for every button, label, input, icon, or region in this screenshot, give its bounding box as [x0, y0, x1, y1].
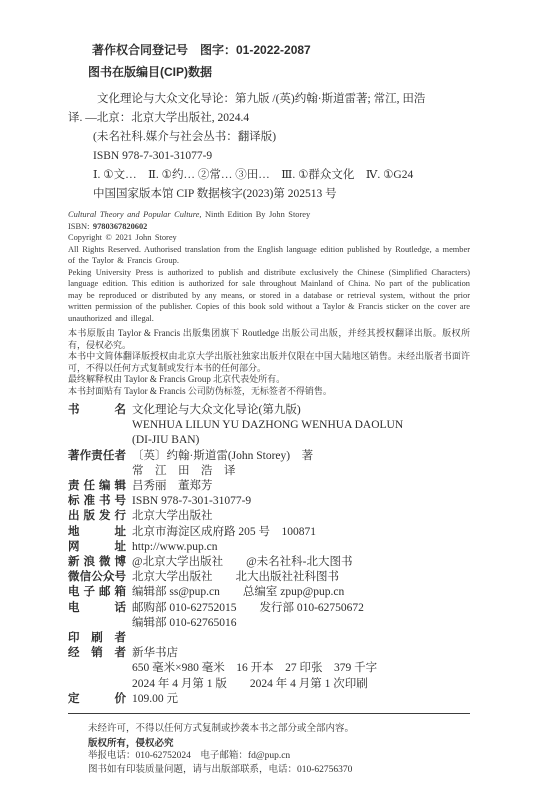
info-label: 地址	[68, 525, 126, 540]
info-value: @北京大学出版社 @未名社科-北大图书	[132, 555, 470, 570]
cip-series-note: (未名社科.媒介与社会丛书：翻译版)	[93, 128, 470, 147]
info-value: 新华书店 650 毫米×980 毫米 16 开本 27 印张 379 千字 20…	[132, 646, 470, 692]
info-label: 微信公众号	[68, 570, 126, 585]
no-copy-notice: 未经许可，不得以任何方式复制或抄袭本书之部分或全部内容。	[88, 723, 470, 737]
report-contact-line: 举报电话：010-62752024 电子邮箱：fd@pup.cn	[88, 750, 470, 764]
cn-rights-line-1: 本书原版由 Taylor & Francis 出版集团旗下 Routledge …	[68, 328, 470, 351]
footer-notices-section: 未经许可，不得以任何方式复制或抄袭本书之部分或全部内容。 版权所有，侵权必究 举…	[68, 723, 470, 777]
distributor-name: 新华书店	[132, 646, 470, 661]
english-copyright-section: Cultural Theory and Popular Culture, Nin…	[68, 209, 470, 324]
original-title-line: Cultural Theory and Popular Culture, Nin…	[68, 209, 470, 221]
registration-number-line: 著作权合同登记号 图字：01-2022-2087	[92, 40, 470, 60]
info-value: http://www.pup.cn	[132, 540, 470, 555]
info-row-website: 网址 http://www.pup.cn	[68, 540, 470, 555]
info-label: 标准书号	[68, 494, 126, 509]
info-row-book-title: 书名 文化理论与大众文化导论(第九版) WENHUA LILUN YU DAZH…	[68, 403, 470, 449]
price-value: 109.00 元	[132, 692, 470, 707]
info-row-email: 电子邮箱 编辑部 ss@pup.cn 总编室 zpup@pup.cn	[68, 585, 470, 600]
info-label: 定价	[68, 692, 126, 707]
info-label: 著作责任者	[68, 449, 126, 479]
book-copyright-page: 著作权合同登记号 图字：01-2022-2087 图书在版编目(CIP)数据 文…	[0, 0, 539, 800]
rights-reserved-paragraph: All Rights Reserved. Authorised translat…	[68, 244, 470, 267]
info-label: 书名	[68, 403, 126, 449]
email-addresses: 编辑部 ss@pup.cn 总编室 zpup@pup.cn	[132, 585, 470, 600]
edition-printing-line: 2024 年 4 月第 1 版 2024 年 4 月第 1 次印刷	[132, 677, 470, 692]
publication-info-section: 书名 文化理论与大众文化导论(第九版) WENHUA LILUN YU DAZH…	[68, 403, 470, 707]
printer-name	[132, 631, 470, 646]
publisher-address: 北京市海淀区成府路 205 号 100871	[132, 525, 470, 540]
info-value: 北京大学出版社 北大出版社社科图书	[132, 570, 470, 585]
book-title-pinyin: WENHUA LILUN YU DAZHONG WENHUA DAOLUN	[132, 418, 470, 433]
info-value: ISBN 978-7-301-31077-9	[132, 494, 470, 509]
cip-entry-line-1: 文化理论与大众文化导论：第九版 /(英)约翰·斯道雷著; 常江, 田浩	[97, 90, 470, 109]
info-label: 网址	[68, 540, 126, 555]
author-line: 〔英〕约翰·斯道雷(John Storey) 著	[132, 449, 470, 464]
info-value: 北京市海淀区成府路 205 号 100871	[132, 525, 470, 540]
info-row-author: 著作责任者 〔英〕约翰·斯道雷(John Storey) 著 常 江 田 浩 译	[68, 449, 470, 479]
translators-line: 常 江 田 浩 译	[132, 464, 470, 479]
format-spec-line: 650 毫米×980 毫米 16 开本 27 印张 379 千字	[132, 661, 470, 676]
original-title-suffix: , Ninth Edition By John Storey	[199, 210, 310, 219]
chinese-rights-section: 本书原版由 Taylor & Francis 出版集团旗下 Routledge …	[68, 328, 470, 397]
authorization-paragraph: Peking University Press is authorized to…	[68, 267, 470, 325]
info-label: 新浪微博	[68, 555, 126, 570]
original-isbn-line: ISBN: 9780367820602	[68, 221, 470, 233]
info-value: 吕秀丽 董郑芳	[132, 479, 470, 494]
info-row-wechat: 微信公众号 北京大学出版社 北大出版社社科图书	[68, 570, 470, 585]
phone-line-2: 编辑部 010-62765016	[132, 616, 470, 631]
info-row-address: 地址 北京市海淀区成府路 205 号 100871	[68, 525, 470, 540]
info-value: 邮购部 010-62752015 发行部 010-62750672 编辑部 01…	[132, 601, 470, 631]
divider-line	[68, 713, 470, 714]
info-row-price: 定价 109.00 元	[68, 692, 470, 707]
book-title-pinyin-2: (DI-JIU BAN)	[132, 433, 470, 448]
editor-names: 吕秀丽 董郑芳	[132, 479, 470, 494]
weibo-accounts: @北京大学出版社 @未名社科-北大图书	[132, 555, 470, 570]
quality-contact-line: 图书如有印装质量问题，请与出版部联系，电话：010-62756370	[88, 764, 470, 778]
info-row-printer: 印刷者	[68, 631, 470, 646]
info-row-isbn: 标准书号 ISBN 978-7-301-31077-9	[68, 494, 470, 509]
phone-line-1: 邮购部 010-62752015 发行部 010-62750672	[132, 601, 470, 616]
info-value: 北京大学出版社	[132, 509, 470, 524]
info-label: 责任编辑	[68, 479, 126, 494]
all-rights-reserved-notice: 版权所有，侵权必究	[88, 737, 470, 751]
cip-entry-line-2: 译. —北京：北京大学出版社, 2024.4	[68, 109, 470, 128]
info-row-distributor: 经销者 新华书店 650 毫米×980 毫米 16 开本 27 印张 379 千…	[68, 646, 470, 692]
info-row-publisher: 出版发行 北京大学出版社	[68, 509, 470, 524]
cip-classification-line: Ⅰ. ①文… Ⅱ. ①约… ②常… ③田… Ⅲ. ①群众文化 Ⅳ. ①G24	[93, 166, 470, 185]
info-label: 出版发行	[68, 509, 126, 524]
publisher-url: http://www.pup.cn	[132, 540, 470, 555]
info-value: 〔英〕约翰·斯道雷(John Storey) 著 常 江 田 浩 译	[132, 449, 470, 479]
info-label: 电话	[68, 601, 126, 631]
isbn-value: ISBN 978-7-301-31077-9	[132, 494, 470, 509]
original-isbn-label: ISBN:	[68, 222, 93, 231]
cn-rights-line-3: 最终解释权由 Taylor & Francis Group 北京代表处所有。	[68, 374, 470, 386]
cn-rights-line-4: 本书封面贴有 Taylor & Francis 公司防伪标签，无标签者不得销售。	[68, 386, 470, 398]
info-row-editor: 责任编辑 吕秀丽 董郑芳	[68, 479, 470, 494]
info-label: 印刷者	[68, 631, 126, 646]
copyright-year-line: Copyright © 2021 John Storey	[68, 232, 470, 244]
info-label: 电子邮箱	[68, 585, 126, 600]
cip-section: 著作权合同登记号 图字：01-2022-2087 图书在版编目(CIP)数据 文…	[68, 40, 470, 204]
info-value	[132, 631, 470, 646]
info-value: 109.00 元	[132, 692, 470, 707]
cip-isbn-line: ISBN 978-7-301-31077-9	[93, 147, 470, 166]
info-value: 文化理论与大众文化导论(第九版) WENHUA LILUN YU DAZHONG…	[132, 403, 470, 449]
publisher-name: 北京大学出版社	[132, 509, 470, 524]
original-isbn-value: 9780367820602	[93, 222, 147, 231]
original-title: Cultural Theory and Popular Culture	[68, 210, 199, 219]
info-row-phone: 电话 邮购部 010-62752015 发行部 010-62750672 编辑部…	[68, 601, 470, 631]
cn-rights-line-2: 本书中文简体翻译版授权由北京大学出版社独家出版并仅限在中国大陆地区销售。未经出版…	[68, 351, 470, 374]
info-value: 编辑部 ss@pup.cn 总编室 zpup@pup.cn	[132, 585, 470, 600]
info-row-weibo: 新浪微博 @北京大学出版社 @未名社科-北大图书	[68, 555, 470, 570]
cip-record-number-line: 中国国家版本馆 CIP 数据核字(2023)第 202513 号	[93, 185, 470, 204]
book-title-cn: 文化理论与大众文化导论(第九版)	[132, 403, 470, 418]
info-label: 经销者	[68, 646, 126, 692]
cip-heading: 图书在版编目(CIP)数据	[88, 62, 470, 82]
wechat-accounts: 北京大学出版社 北大出版社社科图书	[132, 570, 470, 585]
